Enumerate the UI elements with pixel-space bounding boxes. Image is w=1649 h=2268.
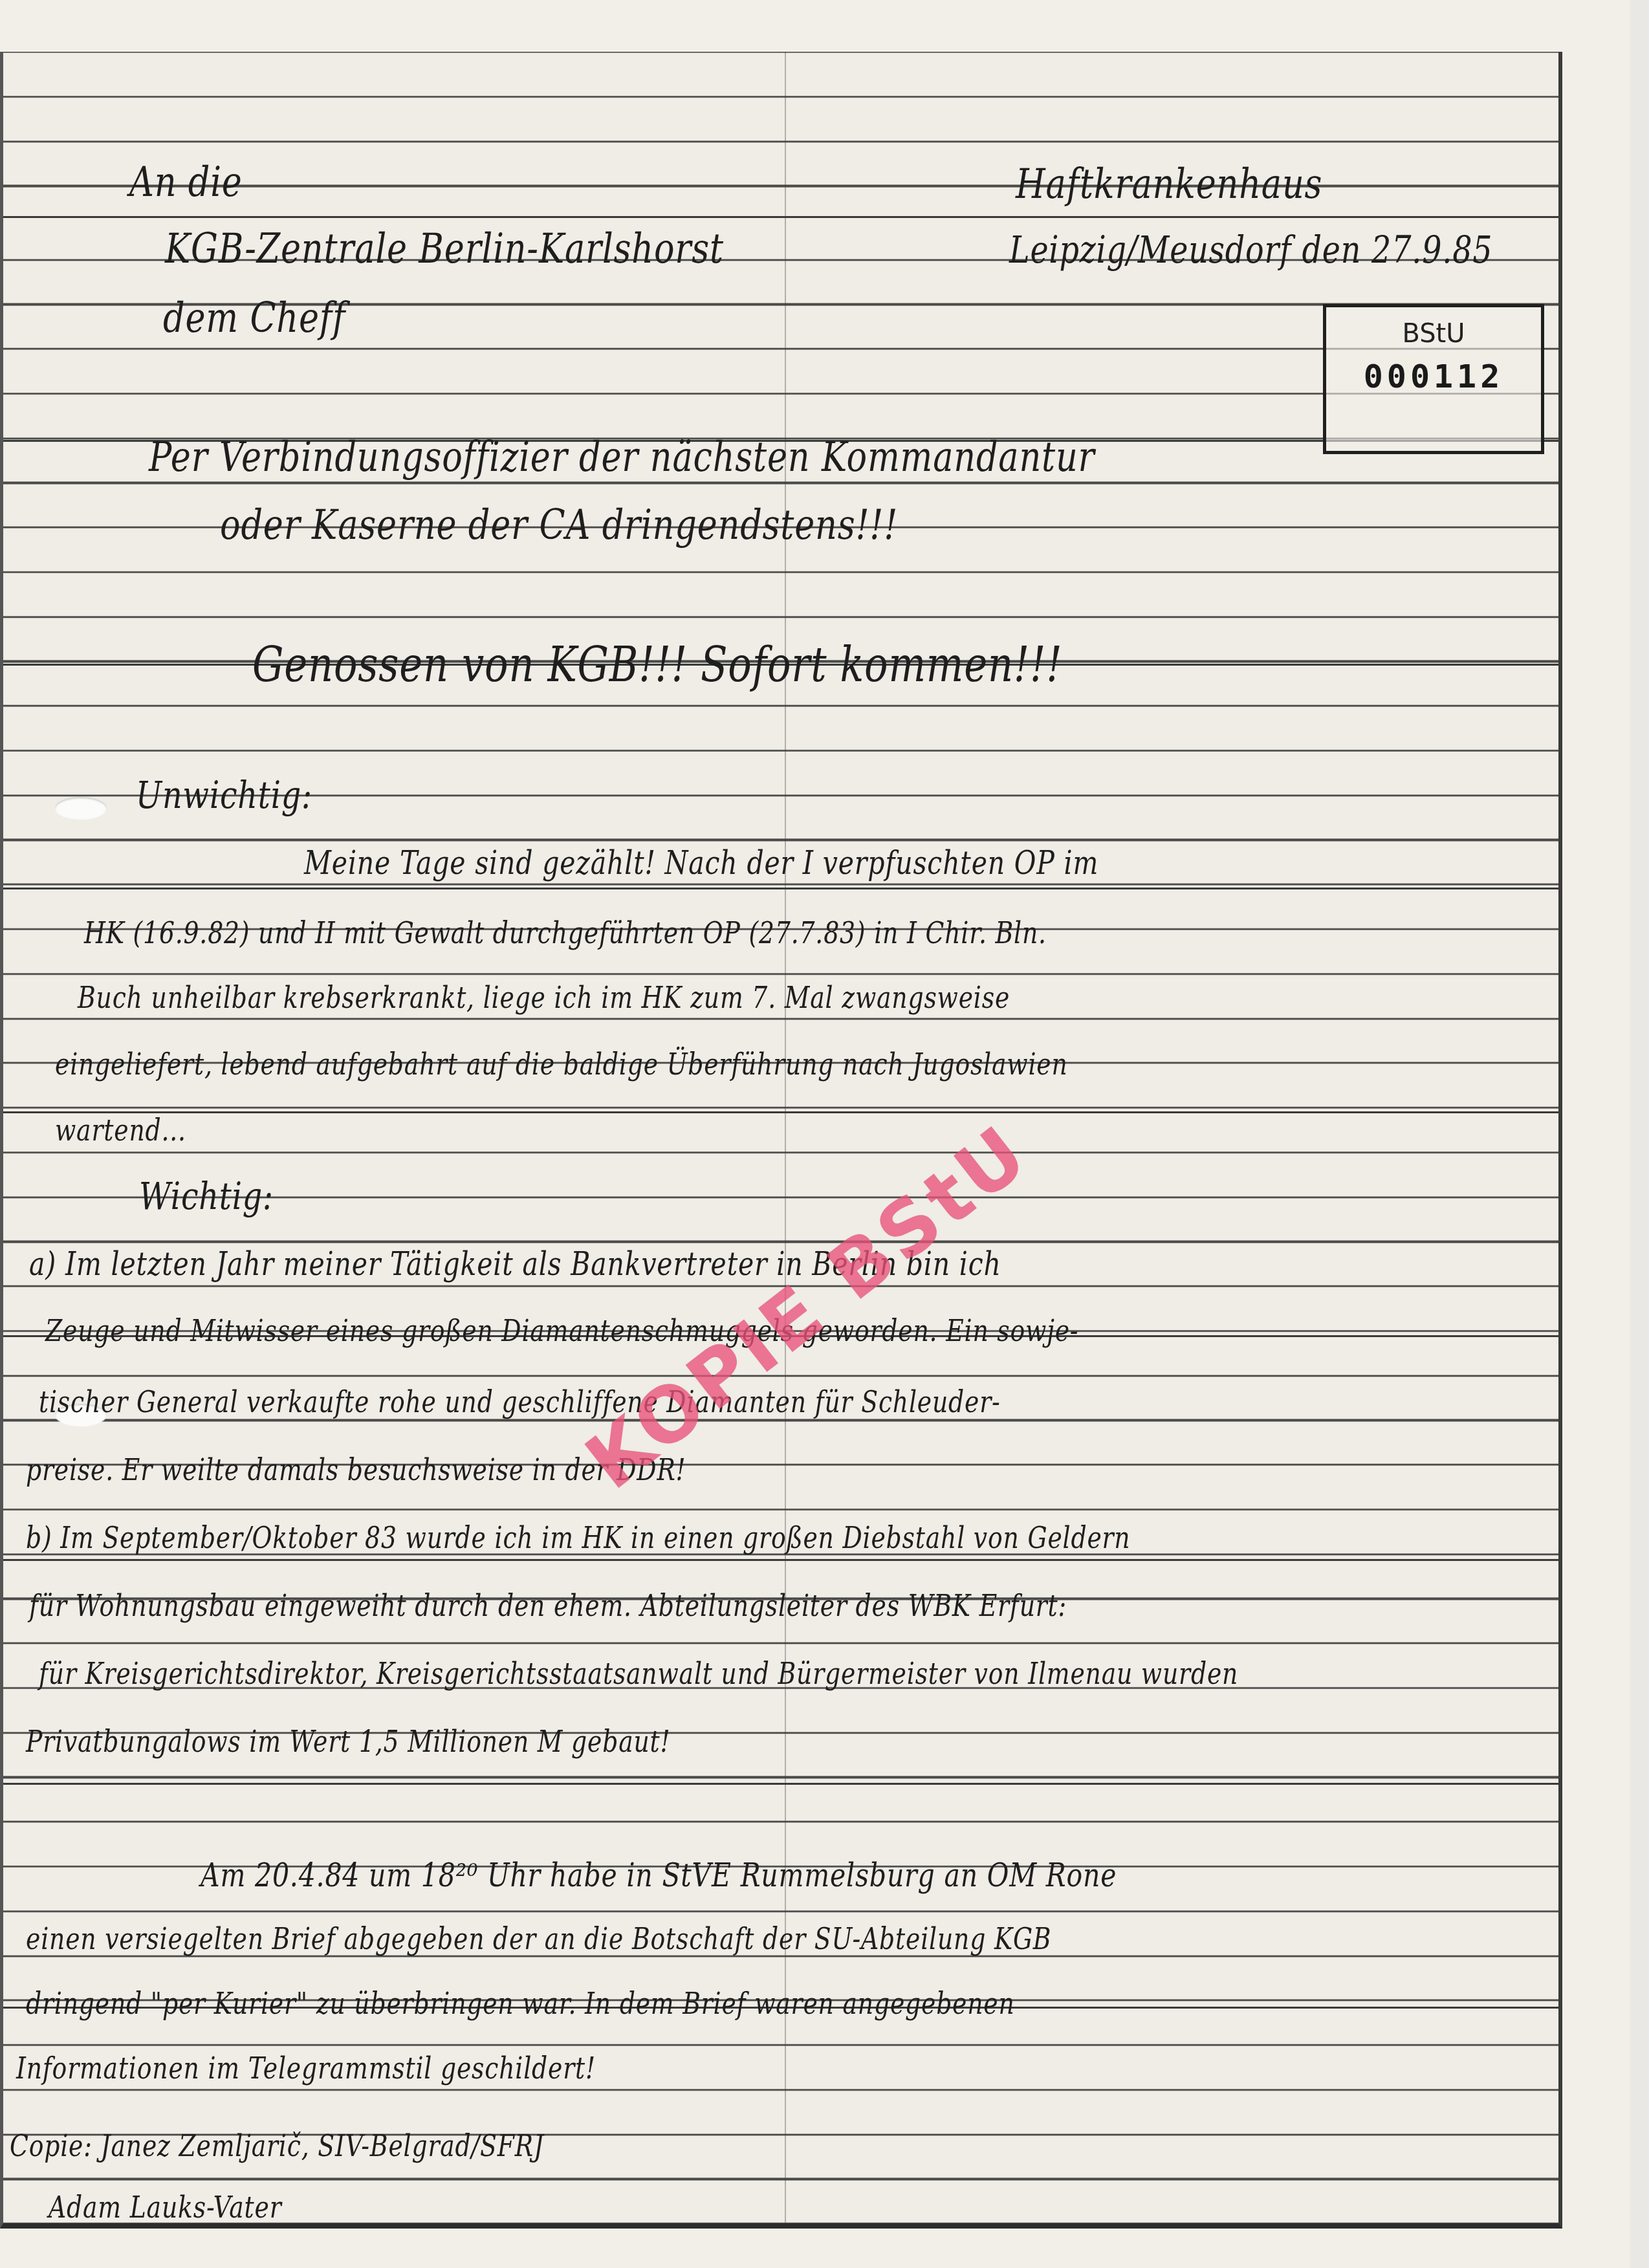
closing-line-2: einen versiegelten Brief abgegeben der a… [26, 1921, 1051, 1956]
section-heading-unwichtig: Unwichtig: [136, 773, 312, 817]
copies-line-2: Adam Lauks-Vater [49, 2190, 282, 2225]
closing-line-4: Informationen im Telegrammstil geschilde… [16, 2051, 596, 2086]
point-b-line-1: b) Im September/Oktober 83 wurde ich im … [26, 1520, 1130, 1555]
delivery-note-line-1: Per Verbindungsoffizier der nächsten Kom… [149, 433, 1095, 481]
closing-line-3: dringend "per Kurier" zu überbringen war… [26, 1986, 1015, 2021]
punch-hole-top [55, 797, 107, 819]
unwichtig-line-2: HK (16.9.82) und II mit Gewalt durchgefü… [84, 915, 1047, 950]
document-page: An die KGB-Zentrale Berlin-Karlshorst de… [0, 0, 1630, 2268]
delivery-note-line-2: oder Kaserne der CA dringendstens!!! [220, 501, 898, 549]
unwichtig-line-1: Meine Tage sind gezählt! Nach der I verp… [304, 844, 1098, 882]
sender-institution: Haftkrankenhaus [1016, 160, 1322, 208]
point-b-line-2: für Wohnungsbau eingeweiht durch den ehe… [29, 1588, 1067, 1623]
headline: Genossen von KGB!!! Sofort kommen!!! [252, 637, 1062, 693]
point-a-line-3: tischer General verkaufte rohe und gesch… [39, 1384, 1001, 1419]
recipient-line-3: dem Cheff [163, 294, 345, 342]
recipient-line-1: An die [129, 158, 243, 206]
copies-line-1: Copie: Janez Zemljarič, SIV-Belgrad/SFRJ [10, 2128, 544, 2163]
point-b-line-4: Privatbungalows im Wert 1,5 Millionen M … [26, 1724, 671, 1759]
bstu-archive-stamp: BStU 000112 [1323, 304, 1544, 454]
point-b-line-3: für Kreisgerichtsdirektor, Kreisgerichts… [39, 1656, 1238, 1691]
unwichtig-line-5: wartend... [55, 1113, 186, 1148]
bstu-label: BStU [1326, 319, 1541, 349]
recipient-line-2: KGB-Zentrale Berlin-Karlshorst [165, 225, 724, 273]
closing-line-1: Am 20.4.84 um 18²⁰ Uhr habe in StVE Rumm… [201, 1857, 1117, 1894]
sender-place-date: Leipzig/Meusdorf den 27.9.85 [1009, 228, 1492, 272]
point-a-line-2: Zeuge und Mitwisser eines großen Diamant… [45, 1313, 1078, 1348]
center-fold-line [785, 52, 786, 2223]
unwichtig-line-3: Buch unheilbar krebserkrankt, liege ich … [78, 980, 1010, 1015]
section-heading-wichtig: Wichtig: [139, 1174, 274, 1218]
archive-number: 000112 [1326, 358, 1541, 395]
unwichtig-line-4: eingeliefert, lebend aufgebahrt auf die … [55, 1047, 1068, 1082]
